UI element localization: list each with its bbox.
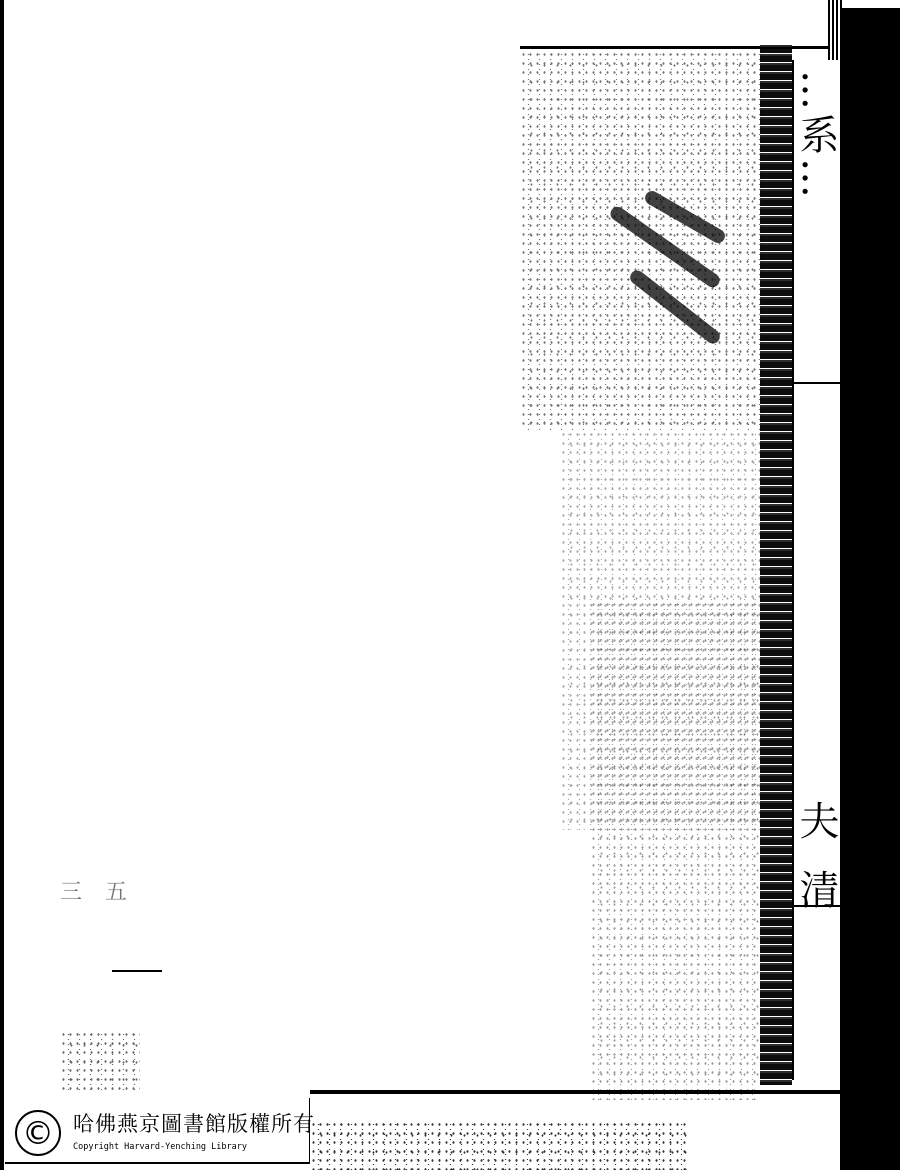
paper-stain <box>310 1120 690 1170</box>
copyright-chinese: 哈佛燕京圖書館版權所有 <box>73 1108 315 1138</box>
slip-divider <box>792 382 840 384</box>
scan-dark-margin <box>840 8 900 1170</box>
pencil-mark <box>112 970 162 972</box>
scanned-cover-page: …系… 夫 清 三 五 © 哈佛燕京圖書館版權所有 Copyright Harv… <box>0 0 900 1170</box>
spine-shadow <box>760 45 792 1085</box>
title-slip <box>792 60 842 1080</box>
cover-top-edge <box>520 46 840 49</box>
cover-title-upper: …系… <box>796 70 836 202</box>
copyright-stamp: © 哈佛燕京圖書館版權所有 Copyright Harvard-Yenching… <box>5 1098 310 1164</box>
cover-title-lower: 夫 清 <box>796 800 836 917</box>
cover-bottom-edge <box>310 1090 840 1094</box>
copyright-english: Copyright Harvard-Yenching Library <box>73 1142 247 1152</box>
paper-stain <box>590 600 760 1100</box>
pencil-annotation: 三 五 <box>60 875 170 935</box>
page-left-edge <box>0 0 4 1170</box>
copyright-icon: © <box>15 1110 61 1156</box>
paper-stain <box>60 1030 140 1090</box>
